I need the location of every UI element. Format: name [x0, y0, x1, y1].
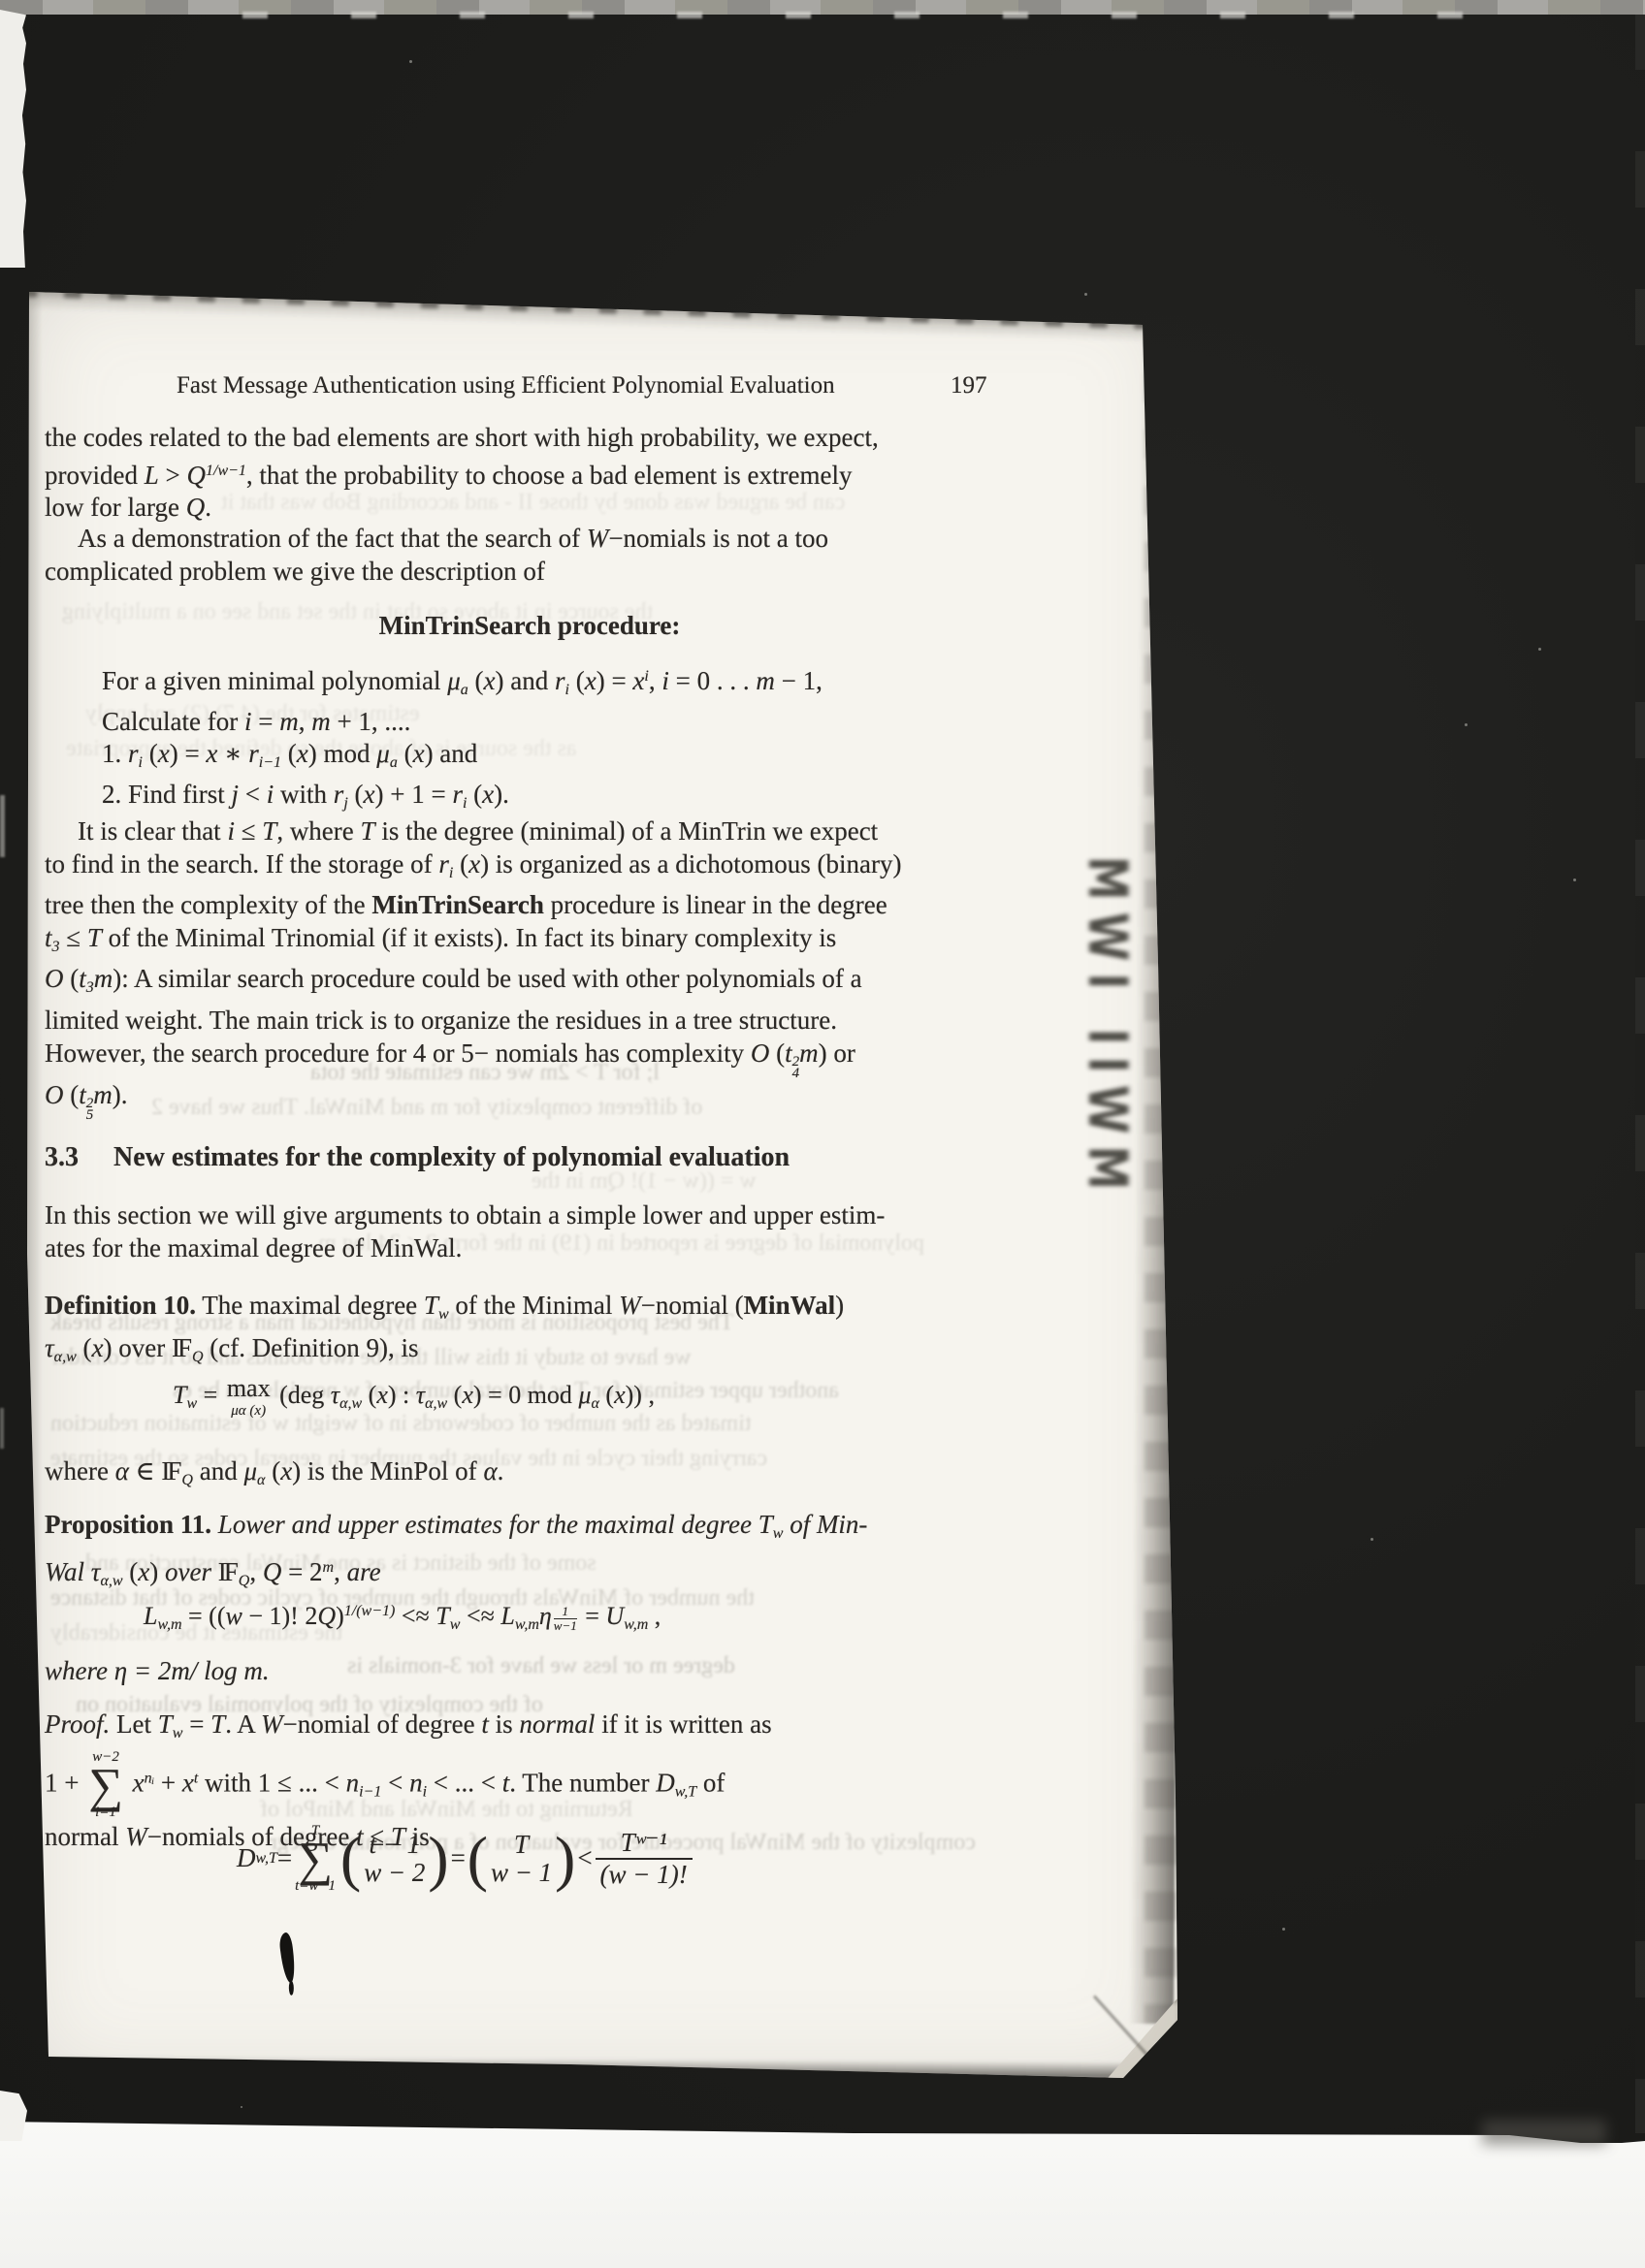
text-line: τα,w (x) over IFQ (cf. Definition 9), is	[45, 1331, 844, 1374]
running-header-title: Fast Message Authentication using Effici…	[177, 369, 835, 402]
text-line: t3 ≤ T of the Minimal Trinomial (if it e…	[45, 922, 901, 964]
text-line: ates for the maximal degree of MinWal.	[45, 1232, 885, 1265]
text-line: where η = 2m/ log m.	[45, 1655, 270, 1688]
dust-speck	[1573, 878, 1576, 881]
text-line: Proof. Let Tw = T. A W−nomial of degree …	[45, 1708, 772, 1750]
page-content: Fast Message Authentication using Effici…	[27, 284, 1177, 2080]
dust-speck	[1282, 1928, 1285, 1931]
procedure-line: For a given minimal polynomial μa (x) an…	[102, 660, 822, 706]
body-paragraph: In this section we will give arguments t…	[45, 1199, 885, 1264]
text-line: O (t3m): A similar search procedure coul…	[45, 963, 901, 1005]
text-line: where α ∈ IFQ and μα (x) is the MinPol o…	[45, 1455, 503, 1497]
definition-10: Definition 10. The maximal degree Tw of …	[45, 1289, 844, 1374]
text-line: complicated problem we give the descript…	[45, 556, 828, 589]
text-line: 1 + w−2∑i=1 xnᵢ + xt with 1 ≤ ... < ni−1…	[45, 1750, 772, 1820]
procedure-step: 2. Find first j < i with rj (x) + 1 = ri…	[102, 779, 822, 819]
dust-speck	[1465, 723, 1468, 726]
section-title: New estimates for the complexity of poly…	[113, 1142, 790, 1172]
body-paragraph: As a demonstration of the fact that the …	[45, 523, 828, 588]
section-heading: 3.3New estimates for the complexity of p…	[45, 1141, 790, 1174]
dust-speck	[1538, 648, 1541, 651]
text-line: It is clear that i ≤ T, where T is the d…	[45, 815, 901, 848]
scan-left-edge-sliver	[0, 10, 26, 268]
scan-edge-fleck	[0, 1408, 4, 1449]
section-number: 3.3	[45, 1142, 79, 1172]
display-formula-count: Dw,T = T∑t=w−1 (t − 1w − 2) = (Tw − 1) <…	[237, 1824, 695, 1894]
page-number: 197	[951, 369, 987, 402]
body-paragraph: It is clear that i ≤ T, where T is the d…	[45, 815, 901, 1121]
text-line: In this section we will give arguments t…	[45, 1199, 885, 1232]
scan-edge-flecks	[242, 12, 1542, 18]
dust-speck	[409, 60, 412, 63]
procedure-line: Calculate for i = m, m + 1, ....	[102, 706, 822, 738]
text-line: limited weight. The main trick is to org…	[45, 1005, 901, 1038]
dust-speck	[241, 2106, 242, 2108]
text-line: O (t25m).	[45, 1079, 901, 1121]
scanned-book-page: MWI IIWM can be argued was done by those…	[0, 0, 1645, 2268]
text-line: tree then the complexity of the MinTrinS…	[45, 889, 901, 922]
body-paragraph: the codes related to the bad elements ar…	[45, 422, 879, 525]
dust-speck	[1371, 1538, 1373, 1541]
text-line: Definition 10. The maximal degree Tw of …	[45, 1289, 844, 1331]
text-line: the codes related to the bad elements ar…	[45, 422, 879, 455]
text-line: low for large Q.	[45, 492, 879, 525]
scan-edge-fleck	[0, 795, 5, 857]
text-line: provided L > Q1/w−1, that the probabilit…	[45, 455, 879, 493]
display-formula-bounds: Lw,m = ((w − 1)! 2Q)1/(w−1) <≈ Tw <≈ Lw,…	[144, 1595, 661, 1642]
dust-speck	[1084, 293, 1087, 296]
text-line: As a demonstration of the fact that the …	[45, 523, 828, 556]
procedure-title: MinTrinSearch procedure:	[45, 610, 1015, 643]
text-line: Wal τα,w (x) over IFQ, Q = 2m, are	[45, 1550, 867, 1598]
text-line: Proposition 11. Lower and upper estimate…	[45, 1508, 867, 1550]
text-line: However, the search procedure for 4 or 5…	[45, 1038, 901, 1079]
proposition-11: Proposition 11. Lower and upper estimate…	[45, 1508, 867, 1598]
procedure-step: 1. ri (x) = x ∗ ri−1 (x) mod μa (x) and	[102, 738, 822, 779]
text-line: to find in the search. If the storage of…	[45, 848, 901, 890]
procedure-steps: For a given minimal polynomial μa (x) an…	[102, 660, 822, 819]
book-page: MWI IIWM can be argued was done by those…	[27, 284, 1177, 2080]
scan-right-edge-noise	[1635, 14, 1645, 2133]
display-formula-tw: Tw = maxμα (x) (deg τα,w (x) : τα,w (x) …	[173, 1376, 655, 1420]
scan-smudge	[1482, 2120, 1606, 2145]
